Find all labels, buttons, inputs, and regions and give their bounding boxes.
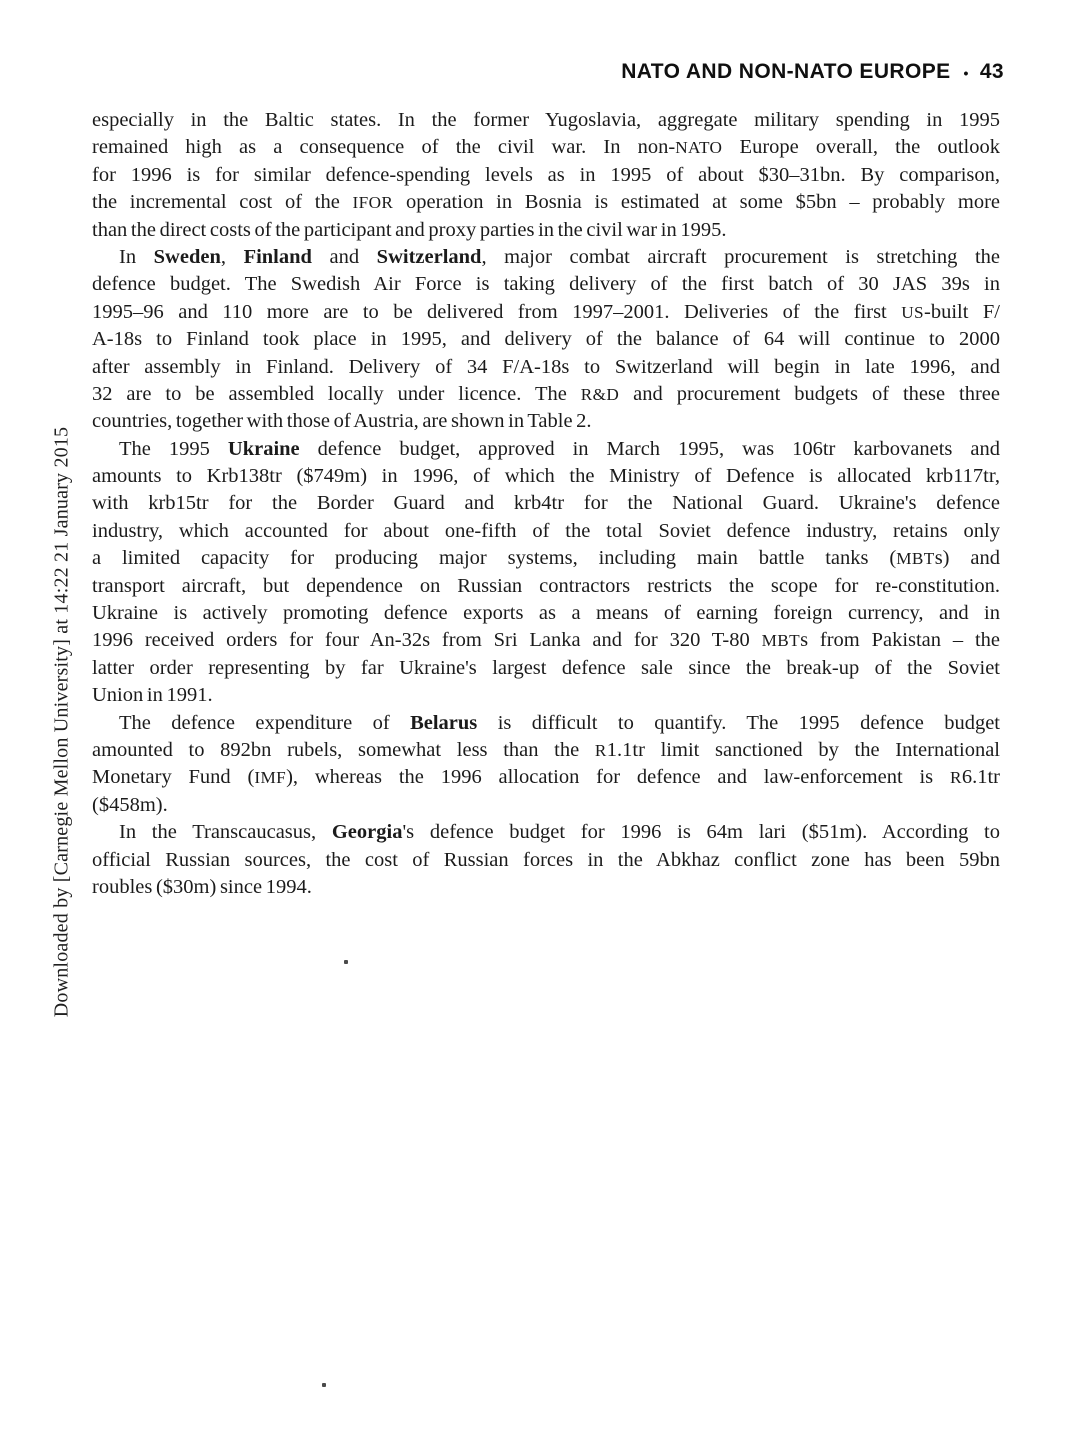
text-line: 1995–96 and 110 more are to be delivered… (92, 299, 1000, 326)
text-line: In the Transcaucasus, Georgia's defence … (92, 819, 1000, 846)
text-line: ($458m). (92, 792, 1000, 819)
text-line: defence budget. The Swedish Air Force is… (92, 271, 1000, 298)
text-line: Ukraine is actively promoting defence ex… (92, 600, 1000, 627)
scan-speck (344, 960, 348, 964)
header-title: NATO AND NON-NATO EUROPE (621, 60, 950, 84)
text-line: The defence expenditure of Belarus is di… (92, 710, 1000, 737)
text-line: amounts to Krb138tr ($749m) in 1996, of … (92, 463, 1000, 490)
text-line: industry, which accounted for about one-… (92, 518, 1000, 545)
text-line: A-18s to Finland took place in 1995, and… (92, 326, 1000, 353)
text-line: after assembly in Finland. Delivery of 3… (92, 354, 1000, 381)
bullet-separator-icon: • (964, 65, 969, 81)
text-line: Monetary Fund (IMF), whereas the 1996 al… (92, 764, 1000, 791)
paragraph: In the Transcaucasus, Georgia's defence … (92, 819, 1000, 901)
text-line: a limited capacity for producing major s… (92, 545, 1000, 572)
text-line: In Sweden, Finland and Switzerland, majo… (92, 244, 1000, 271)
text-line: amounted to 892bn rubels, somewhat less … (92, 737, 1000, 764)
running-header: NATO AND NON-NATO EUROPE • 43 (621, 60, 1004, 84)
text-line: remained high as a consequence of the ci… (92, 134, 1000, 161)
page-number: 43 (980, 60, 1004, 84)
page-body: especially in the Baltic states. In the … (92, 107, 1000, 901)
text-line: countries, together with those of Austri… (92, 408, 1000, 435)
text-line: with krb15tr for the Border Guard and kr… (92, 490, 1000, 517)
text-line: for 1996 is for similar defence-spending… (92, 162, 1000, 189)
text-line: official Russian sources, the cost of Ru… (92, 847, 1000, 874)
text-line: the incremental cost of the IFOR operati… (92, 189, 1000, 216)
paragraph: In Sweden, Finland and Switzerland, majo… (92, 244, 1000, 436)
paragraph: The 1995 Ukraine defence budget, approve… (92, 436, 1000, 710)
scan-speck (322, 1383, 326, 1387)
text-line: roubles ($30m) since 1994. (92, 874, 1000, 901)
text-line: latter order representing by far Ukraine… (92, 655, 1000, 682)
text-line: transport aircraft, but dependence on Ru… (92, 573, 1000, 600)
paragraph: especially in the Baltic states. In the … (92, 107, 1000, 244)
text-line: Union in 1991. (92, 682, 1000, 709)
text-line: 1996 received orders for four An-32s fro… (92, 627, 1000, 654)
text-line: than the direct costs of the participant… (92, 217, 1000, 244)
text-line: The 1995 Ukraine defence budget, approve… (92, 436, 1000, 463)
text-line: 32 are to be assembled locally under lic… (92, 381, 1000, 408)
text-line: especially in the Baltic states. In the … (92, 107, 1000, 134)
download-watermark: Downloaded by [Carnegie Mellon Universit… (51, 427, 74, 1018)
paragraph: The defence expenditure of Belarus is di… (92, 710, 1000, 820)
scanned-page: NATO AND NON-NATO EUROPE • 43 especially… (0, 0, 1077, 1435)
